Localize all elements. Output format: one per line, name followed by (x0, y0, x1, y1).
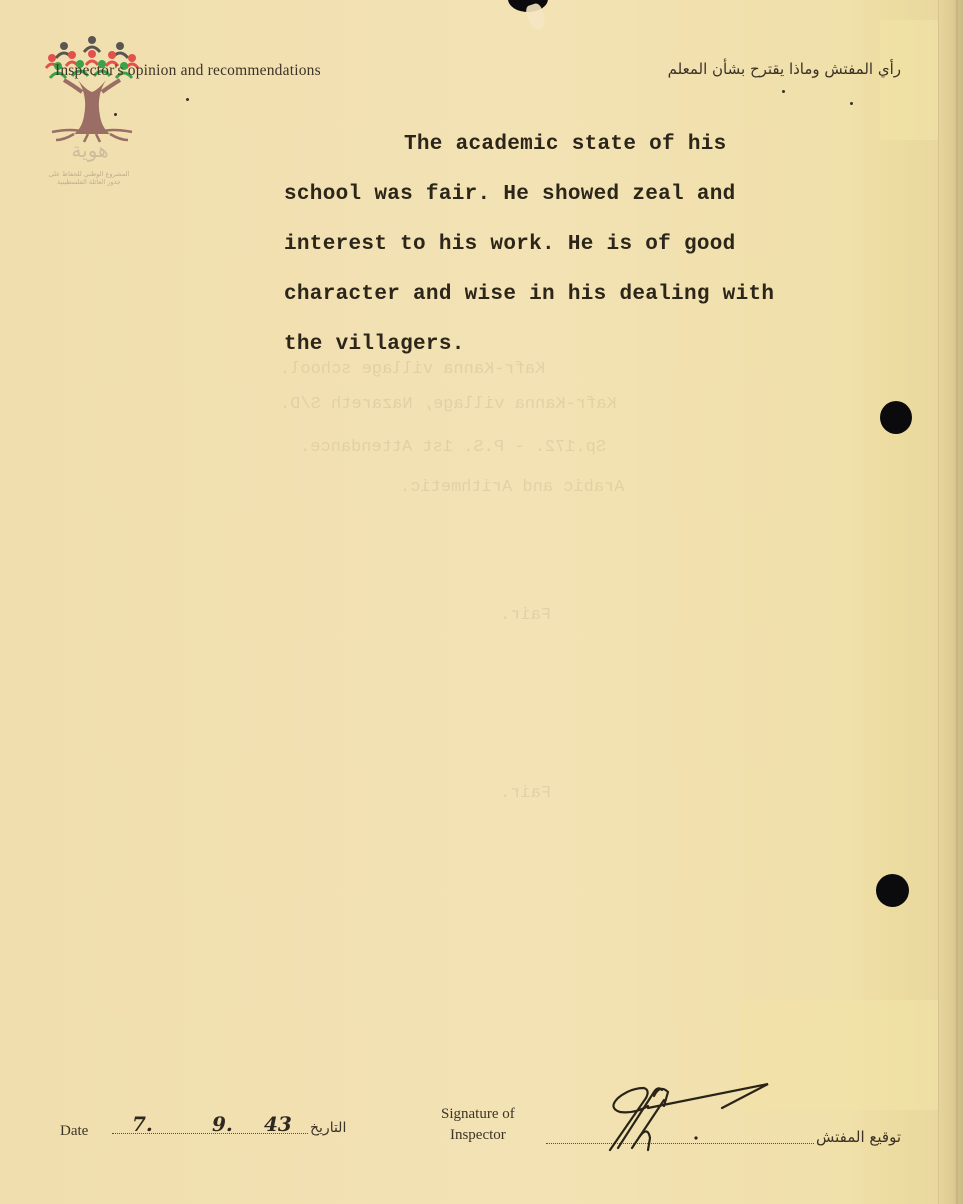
handwritten-signature-icon (604, 1078, 774, 1152)
date-month: 9. (212, 1112, 233, 1136)
typed-recommendation: The academic state of his school was fai… (284, 120, 884, 370)
ink-speck (850, 102, 853, 105)
date-year: 43 (264, 1112, 292, 1136)
ink-speck (114, 113, 117, 116)
page-edge-line (956, 0, 958, 1204)
signature-label-arabic: توقيع المفتش (816, 1128, 901, 1146)
punch-hole (876, 874, 909, 907)
punch-hole (880, 401, 912, 434)
paper-tint (880, 20, 940, 140)
signature-label-line: Signature of (441, 1104, 515, 1125)
signature-label-line: Inspector (441, 1125, 515, 1146)
logo-caption: المشروع الوطني للحفاظ على جذور العائلة ا… (34, 170, 144, 186)
typed-line: The academic state of his (284, 120, 884, 170)
date-day: 7. (132, 1112, 153, 1136)
logo-wordmark: هوية (60, 138, 120, 162)
ink-speck (782, 90, 785, 93)
bleed-through-text: Sp.172. - P.S. 1st Attendance. (300, 438, 606, 457)
header-title-english: Inspector's opinion and recommendations (55, 62, 321, 80)
logo-caption-line: جذور العائلة الفلسطينية (34, 178, 144, 186)
typed-line: interest to his work. He is of good (284, 220, 884, 270)
header-title-arabic: رأي المفتش وماذا يقترح بشأن المعلم (668, 60, 901, 78)
date-label: Date (60, 1123, 88, 1140)
page-edge (938, 0, 963, 1204)
bleed-through-text: Kafr-Kanna village, Nazareth S/D. (280, 395, 617, 414)
signature-label: Signature of Inspector (441, 1104, 515, 1146)
bleed-through-fair: Fair. (500, 784, 551, 803)
typed-line: school was fair. He showed zeal and (284, 170, 884, 220)
ink-speck (186, 98, 189, 101)
logo-caption-line: المشروع الوطني للحفاظ على (34, 170, 144, 178)
scanned-page: Kafr-Kanna village school. Kafr-Kanna vi… (0, 0, 963, 1204)
date-label-arabic: التاريخ (310, 1120, 346, 1136)
typed-line: the villagers. (284, 320, 884, 370)
bleed-through-fair: Fair. (500, 606, 551, 625)
typed-line: character and wise in his dealing with (284, 270, 884, 320)
bleed-through-text: Arabic and Arithmetic. (400, 478, 624, 497)
